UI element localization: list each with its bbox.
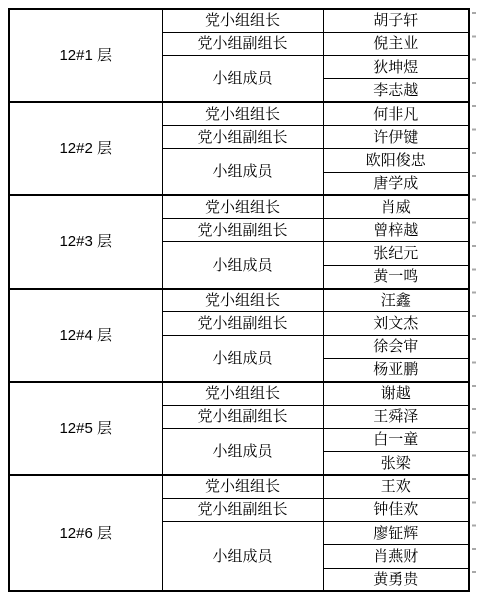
name-cell: 杨亚鹏	[323, 358, 469, 381]
table-row: 12#3 层 党小组组长 肖威	[9, 195, 469, 218]
table-row: 12#2 层 党小组组长 何非凡	[9, 102, 469, 125]
name-cell: 刘文杰	[323, 312, 469, 335]
table-row: 12#5 层 党小组组长 谢越	[9, 382, 469, 405]
floor-cell: 12#3 层	[9, 195, 162, 288]
floor-cell: 12#1 层	[9, 9, 162, 102]
role-deputy-cell: 党小组副组长	[162, 219, 323, 242]
name-cell: 胡子轩	[323, 9, 469, 32]
role-leader-cell: 党小组组长	[162, 195, 323, 218]
table-row: 12#4 层 党小组组长 汪鑫	[9, 289, 469, 312]
role-member-cell: 小组成员	[162, 428, 323, 475]
name-cell: 廖钲辉	[323, 522, 469, 545]
role-member-cell: 小组成员	[162, 522, 323, 592]
role-deputy-cell: 党小组副组长	[162, 312, 323, 335]
table-row: 12#6 层 党小组组长 王欢	[9, 475, 469, 498]
role-member-cell: 小组成员	[162, 242, 323, 289]
name-cell: 肖威	[323, 195, 469, 218]
name-cell: 张纪元	[323, 242, 469, 265]
table-row: 12#1 层 党小组组长 胡子轩	[9, 9, 469, 32]
name-cell: 谢越	[323, 382, 469, 405]
floor-cell: 12#2 层	[9, 102, 162, 195]
name-cell: 汪鑫	[323, 289, 469, 312]
floor-cell: 12#5 层	[9, 382, 162, 475]
name-cell: 欧阳俊忠	[323, 149, 469, 172]
role-leader-cell: 党小组组长	[162, 102, 323, 125]
party-group-table: 12#1 层 党小组组长 胡子轩 党小组副组长 倪主业 小组成员 狄坤煜 李志越…	[8, 8, 470, 592]
name-cell: 白一童	[323, 428, 469, 451]
name-cell: 李志越	[323, 79, 469, 102]
role-leader-cell: 党小组组长	[162, 475, 323, 498]
name-cell: 黄勇贵	[323, 568, 469, 591]
name-cell: 倪主业	[323, 32, 469, 55]
name-cell: 唐学成	[323, 172, 469, 195]
name-cell: 许伊键	[323, 125, 469, 148]
name-cell: 狄坤煜	[323, 56, 469, 79]
role-deputy-cell: 党小组副组长	[162, 125, 323, 148]
floor-cell: 12#4 层	[9, 289, 162, 382]
role-leader-cell: 党小组组长	[162, 382, 323, 405]
role-leader-cell: 党小组组长	[162, 289, 323, 312]
name-cell: 张梁	[323, 452, 469, 475]
role-deputy-cell: 党小组副组长	[162, 405, 323, 428]
role-member-cell: 小组成员	[162, 56, 323, 103]
name-cell: 黄一鸣	[323, 265, 469, 288]
document-page: 12#1 层 党小组组长 胡子轩 党小组副组长 倪主业 小组成员 狄坤煜 李志越…	[0, 0, 477, 597]
name-cell: 王欢	[323, 475, 469, 498]
name-cell: 王舜泽	[323, 405, 469, 428]
name-cell: 肖燕财	[323, 545, 469, 568]
role-member-cell: 小组成员	[162, 149, 323, 196]
role-leader-cell: 党小组组长	[162, 9, 323, 32]
name-cell: 徐会审	[323, 335, 469, 358]
row-end-marks	[472, 12, 476, 592]
role-member-cell: 小组成员	[162, 335, 323, 382]
floor-cell: 12#6 层	[9, 475, 162, 591]
name-cell: 钟佳欢	[323, 498, 469, 521]
name-cell: 何非凡	[323, 102, 469, 125]
role-deputy-cell: 党小组副组长	[162, 32, 323, 55]
role-deputy-cell: 党小组副组长	[162, 498, 323, 521]
name-cell: 曾梓越	[323, 219, 469, 242]
